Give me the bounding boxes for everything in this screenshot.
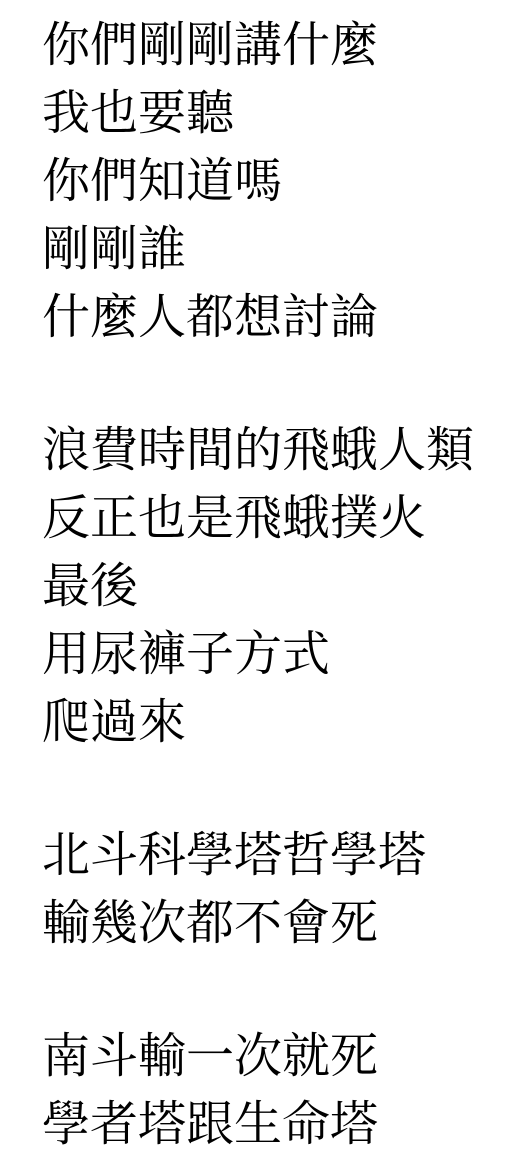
lyrics-stanza-3: 北斗科學塔哲學塔 輸幾次都不會死 [42, 822, 507, 958]
lyric-line: 你們剛剛講什麼 [42, 12, 507, 80]
lyric-line: 你們知道嗎 [42, 148, 507, 216]
lyrics-stanza-1: 你們剛剛講什麼 我也要聽 你們知道嗎 剛剛誰 什麼人都想討論 [42, 12, 507, 352]
lyric-line: 反正也是飛蛾撲火 [42, 485, 507, 553]
lyric-line: 爬過來 [42, 689, 507, 757]
lyric-line: 浪費時間的飛蛾人類 [42, 417, 507, 485]
lyric-line: 輸幾次都不會死 [42, 890, 507, 958]
lyrics-page: 你們剛剛講什麼 我也要聽 你們知道嗎 剛剛誰 什麼人都想討論 浪費時間的飛蛾人類… [0, 0, 517, 1168]
lyric-line: 我也要聽 [42, 80, 507, 148]
lyric-line: 最後 [42, 553, 507, 621]
lyric-line: 北斗科學塔哲學塔 [42, 822, 507, 890]
lyric-line: 什麼人都想討論 [42, 284, 507, 352]
lyrics-stanza-2: 浪費時間的飛蛾人類 反正也是飛蛾撲火 最後 用尿褲子方式 爬過來 [42, 417, 507, 757]
lyric-line: 學者塔跟生命塔 [42, 1091, 507, 1159]
lyric-line: 南斗輸一次就死 [42, 1023, 507, 1091]
lyric-line: 剛剛誰 [42, 216, 507, 284]
lyrics-stanza-4: 南斗輸一次就死 學者塔跟生命塔 [42, 1023, 507, 1159]
lyric-line: 用尿褲子方式 [42, 621, 507, 689]
